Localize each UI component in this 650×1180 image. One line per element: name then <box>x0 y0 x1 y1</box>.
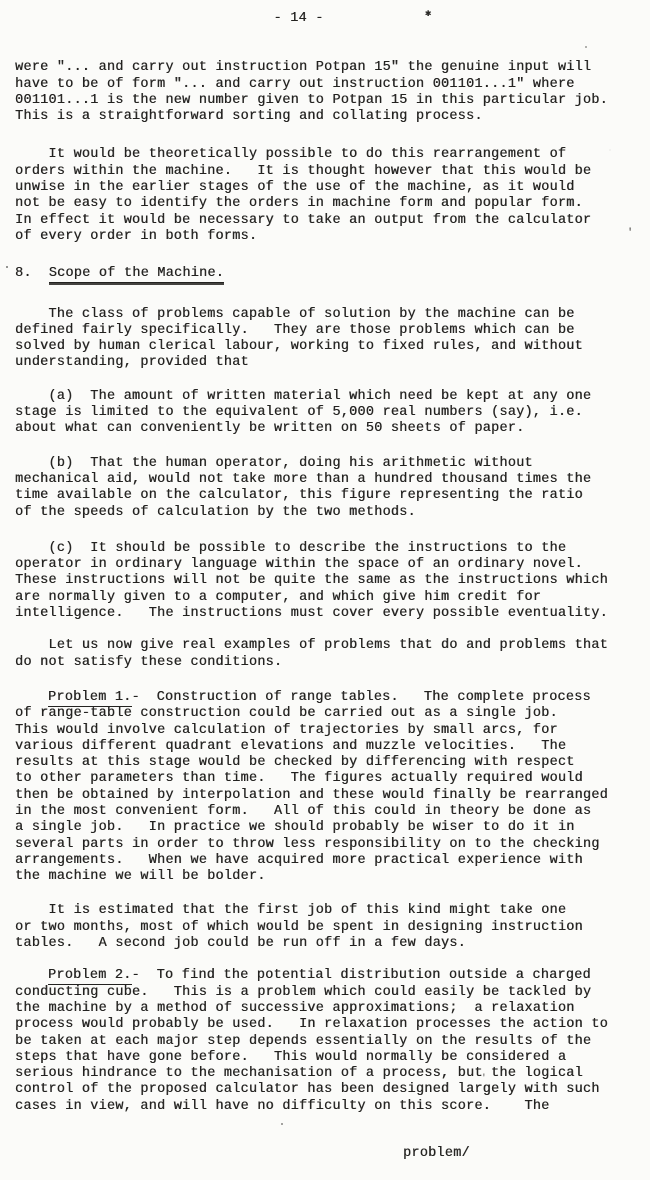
catchword: problem/ <box>403 1146 470 1162</box>
problem-1-first-line: Problem 1.- Construction of range tables… <box>15 690 630 706</box>
problem-1-body: of range-table construction could be car… <box>15 706 630 885</box>
problem-2-label: Problem 2. <box>48 968 132 985</box>
paragraph-estimate: It is estimated that the first job of th… <box>15 903 630 952</box>
paragraph-condition-a: (a) The amount of written material which… <box>15 389 630 438</box>
paragraph-potpan-intro: were "... and carry out instruction Potp… <box>15 60 630 125</box>
scan-speck: ' <box>627 226 633 242</box>
problem-1-label: Problem 1. <box>48 690 132 707</box>
problem-2-first-line-rest: - To find the potential distribution out… <box>132 968 591 983</box>
section-heading: 8.Scope of the Machine. <box>15 266 630 282</box>
section-number: 8. <box>15 266 32 281</box>
paragraph-problem-2: Problem 2.- To find the potential distri… <box>15 968 630 1115</box>
section-title: Scope of the Machine. <box>49 266 224 283</box>
scan-speck <box>585 46 587 48</box>
document-page: - 14 - ✱ ' ' were "... and carry out ins… <box>0 0 650 1180</box>
page-number: - 14 - <box>273 11 323 26</box>
paragraph-examples-intro: Let us now give real examples of problem… <box>15 638 630 671</box>
scan-speck <box>6 266 8 268</box>
scan-speck <box>281 1123 283 1125</box>
paragraph-scope-intro: The class of problems capable of solutio… <box>15 307 630 372</box>
scan-speck: ' <box>481 1070 487 1086</box>
paragraph-condition-b: (b) That the human operator, doing his a… <box>15 456 630 521</box>
page-header: - 14 - <box>15 0 630 27</box>
paragraph-rearrangement: It would be theoretically possible to do… <box>15 147 630 245</box>
problem-2-body: conducting cube. This is a problem which… <box>15 985 630 1115</box>
paragraph-problem-1: Problem 1.- Construction of range tables… <box>15 690 630 886</box>
ink-mark-star-icon: ✱ <box>425 7 431 23</box>
problem-2-first-line: Problem 2.- To find the potential distri… <box>15 968 630 984</box>
paragraph-condition-c: (c) It should be possible to describe th… <box>15 541 630 622</box>
problem-1-first-line-rest: - Construction of range tables. The comp… <box>132 690 591 705</box>
